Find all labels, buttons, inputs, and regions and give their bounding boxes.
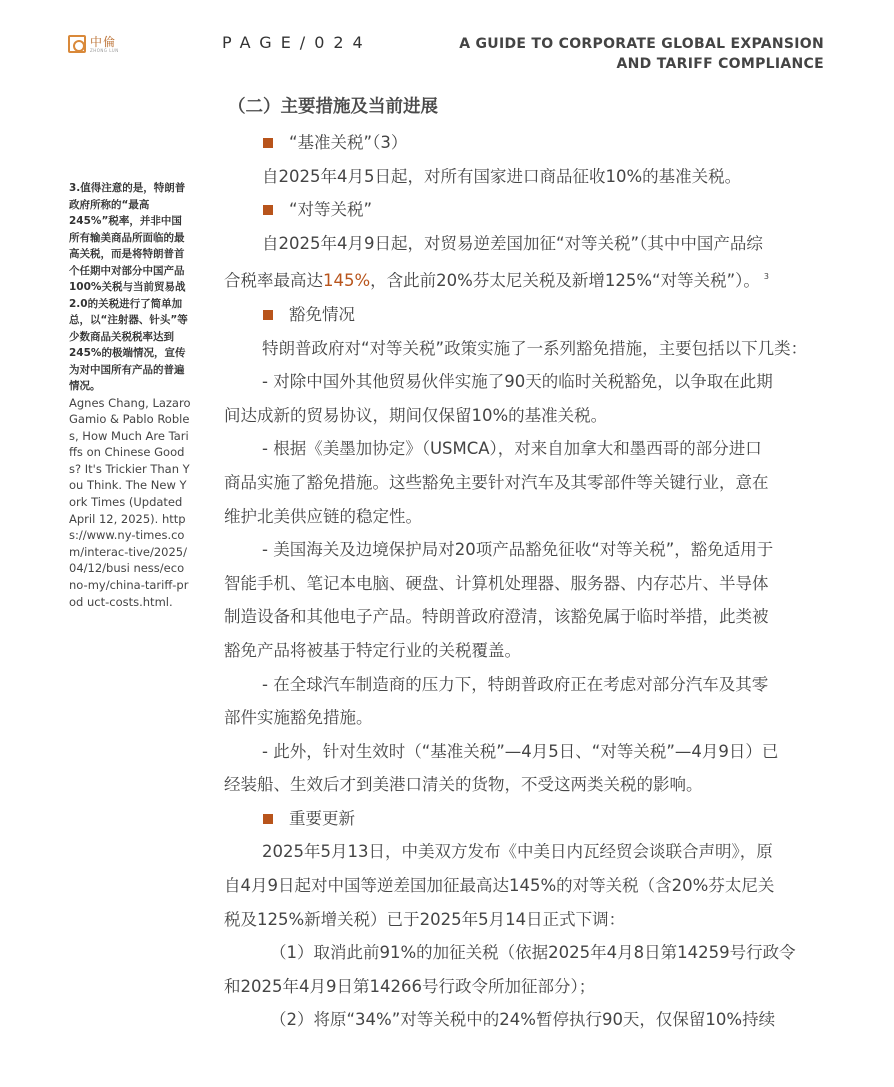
update-item-1-line2: 和2025年4月9日第14266号行政令所加征部分）； (224, 970, 828, 1004)
text-span: ，含此前20%芬太尼关税及新增125%“对等关税”）。 (370, 271, 760, 290)
footnote-marker[interactable]: 3 (764, 272, 769, 281)
exemption-item-2-line3: 维护北美供应链的稳定性。 (224, 500, 828, 534)
paragraph-baseline: 自2025年4月5日起，对所有国家进口商品征收10%的基准关税。 (224, 160, 828, 194)
exemption-item-3-line1: - 美国海关及边境保护局对20项产品豁免征收“对等关税”，豁免适用于 (224, 533, 828, 567)
exemption-item-4-line2: 部件实施豁免措施。 (224, 701, 828, 735)
logo-cn-text: 中倫 (90, 36, 119, 48)
paragraph-reciprocal-line2: 合税率最高达145%，含此前20%芬太尼关税及新增125%“对等关税”）。3 (224, 260, 828, 298)
guide-title: A GUIDE TO CORPORATE GLOBAL EXPANSION AN… (459, 34, 824, 74)
update-paragraph-line2: 自4月9日起对中国等逆差国加征最高达145%的对等关税（含20%芬太尼关 (224, 869, 828, 903)
guide-title-line1: A GUIDE TO CORPORATE GLOBAL EXPANSION (459, 34, 824, 54)
exemption-item-1-line2: 间达成新的贸易协议，期间仅保留10%的基准关税。 (224, 399, 828, 433)
update-paragraph-line1: 2025年5月13日，中美双方发布《中美日内瓦经贸会谈联合声明》，原 (224, 835, 828, 869)
update-item-1-line1: （1）取消此前91%的加征关税（依据2025年4月8日第14259号行政令 (224, 936, 828, 970)
exemption-item-3-line3: 制造设备和其他电子产品。特朗普政府澄清，该豁免属于临时举措，此类被 (224, 600, 828, 634)
text-span: 合税率最高达 (224, 271, 323, 290)
exemption-item-3-line2: 智能手机、笔记本电脑、硬盘、计算机处理器、服务器、内存芯片、半导体 (224, 567, 828, 601)
zhonglun-logo: 中倫 ZHONG LUN (68, 35, 119, 53)
exemption-item-2-line1: - 根据《美墨加协定》（USMCA），对来自加拿大和墨西哥的部分进口 (224, 432, 828, 466)
bullet-label: “对等关税” (289, 193, 372, 227)
footnote-3-text: 3.值得注意的是，特朗普政府所称的“最高245%”税率，并非中国所有输美商品所面… (69, 180, 191, 395)
exemption-item-2-line2: 商品实施了豁免措施。这些豁免主要针对汽车及其零部件等关键行业，意在 (224, 466, 828, 500)
bullet-exemptions: 豁免情况 (224, 298, 828, 332)
main-content: （二）主要措施及当前进展 “基准关税”（3） 自2025年4月5日起，对所有国家… (224, 92, 828, 1037)
guide-title-line2: AND TARIFF COMPLIANCE (459, 54, 824, 74)
page-number: PAGE/024 (222, 33, 372, 52)
update-paragraph-line3: 税及125%新增关税）已于2025年5月14日正式下调： (224, 903, 828, 937)
square-bullet-icon (263, 310, 273, 320)
exemption-item-3-line4: 豁免产品将被基于特定行业的关税覆盖。 (224, 634, 828, 668)
logo-mark-icon (68, 35, 86, 53)
section-title: （二）主要措施及当前进展 (228, 92, 828, 126)
bullet-label: 豁免情况 (289, 298, 355, 332)
footnote-3-reference: Agnes Chang, Lazaro Gamio & Pablo Robles… (69, 395, 191, 611)
bullet-label: 重要更新 (289, 802, 355, 836)
paragraph-reciprocal-line1: 自2025年4月9日起，对贸易逆差国加征“对等关税”（其中中国产品综 (224, 227, 828, 261)
bullet-important-update: 重要更新 (224, 802, 828, 836)
bullet-label: “基准关税”（3） (289, 126, 407, 160)
exemption-item-5-line2: 经装船、生效后才到美港口清关的货物，不受这两类关税的影响。 (224, 768, 828, 802)
exemption-item-4-line1: - 在全球汽车制造商的压力下，特朗普政府正在考虑对部分汽车及其零 (224, 668, 828, 702)
footnote-sidebar: 3.值得注意的是，特朗普政府所称的“最高245%”税率，并非中国所有输美商品所面… (69, 180, 191, 610)
paragraph-exemptions-intro: 特朗普政府对“对等关税”政策实施了一系列豁免措施，主要包括以下几类： (224, 332, 828, 366)
update-item-2-line1: （2）将原“34%”对等关税中的24%暂停执行90天，仅保留10%持续 (224, 1003, 828, 1037)
square-bullet-icon (263, 814, 273, 824)
bullet-reciprocal-tariff: “对等关税” (224, 193, 828, 227)
bullet-baseline-tariff: “基准关税”（3） (224, 126, 828, 160)
exemption-item-5-line1: - 此外，针对生效时（“基准关税”—4月5日、“对等关税”—4月9日）已 (224, 735, 828, 769)
exemption-item-1-line1: - 对除中国外其他贸易伙伴实施了90天的临时关税豁免，以争取在此期 (224, 365, 828, 399)
square-bullet-icon (263, 205, 273, 215)
highlight-rate: 145% (323, 271, 370, 290)
square-bullet-icon (263, 138, 273, 148)
logo-en-text: ZHONG LUN (90, 49, 119, 53)
